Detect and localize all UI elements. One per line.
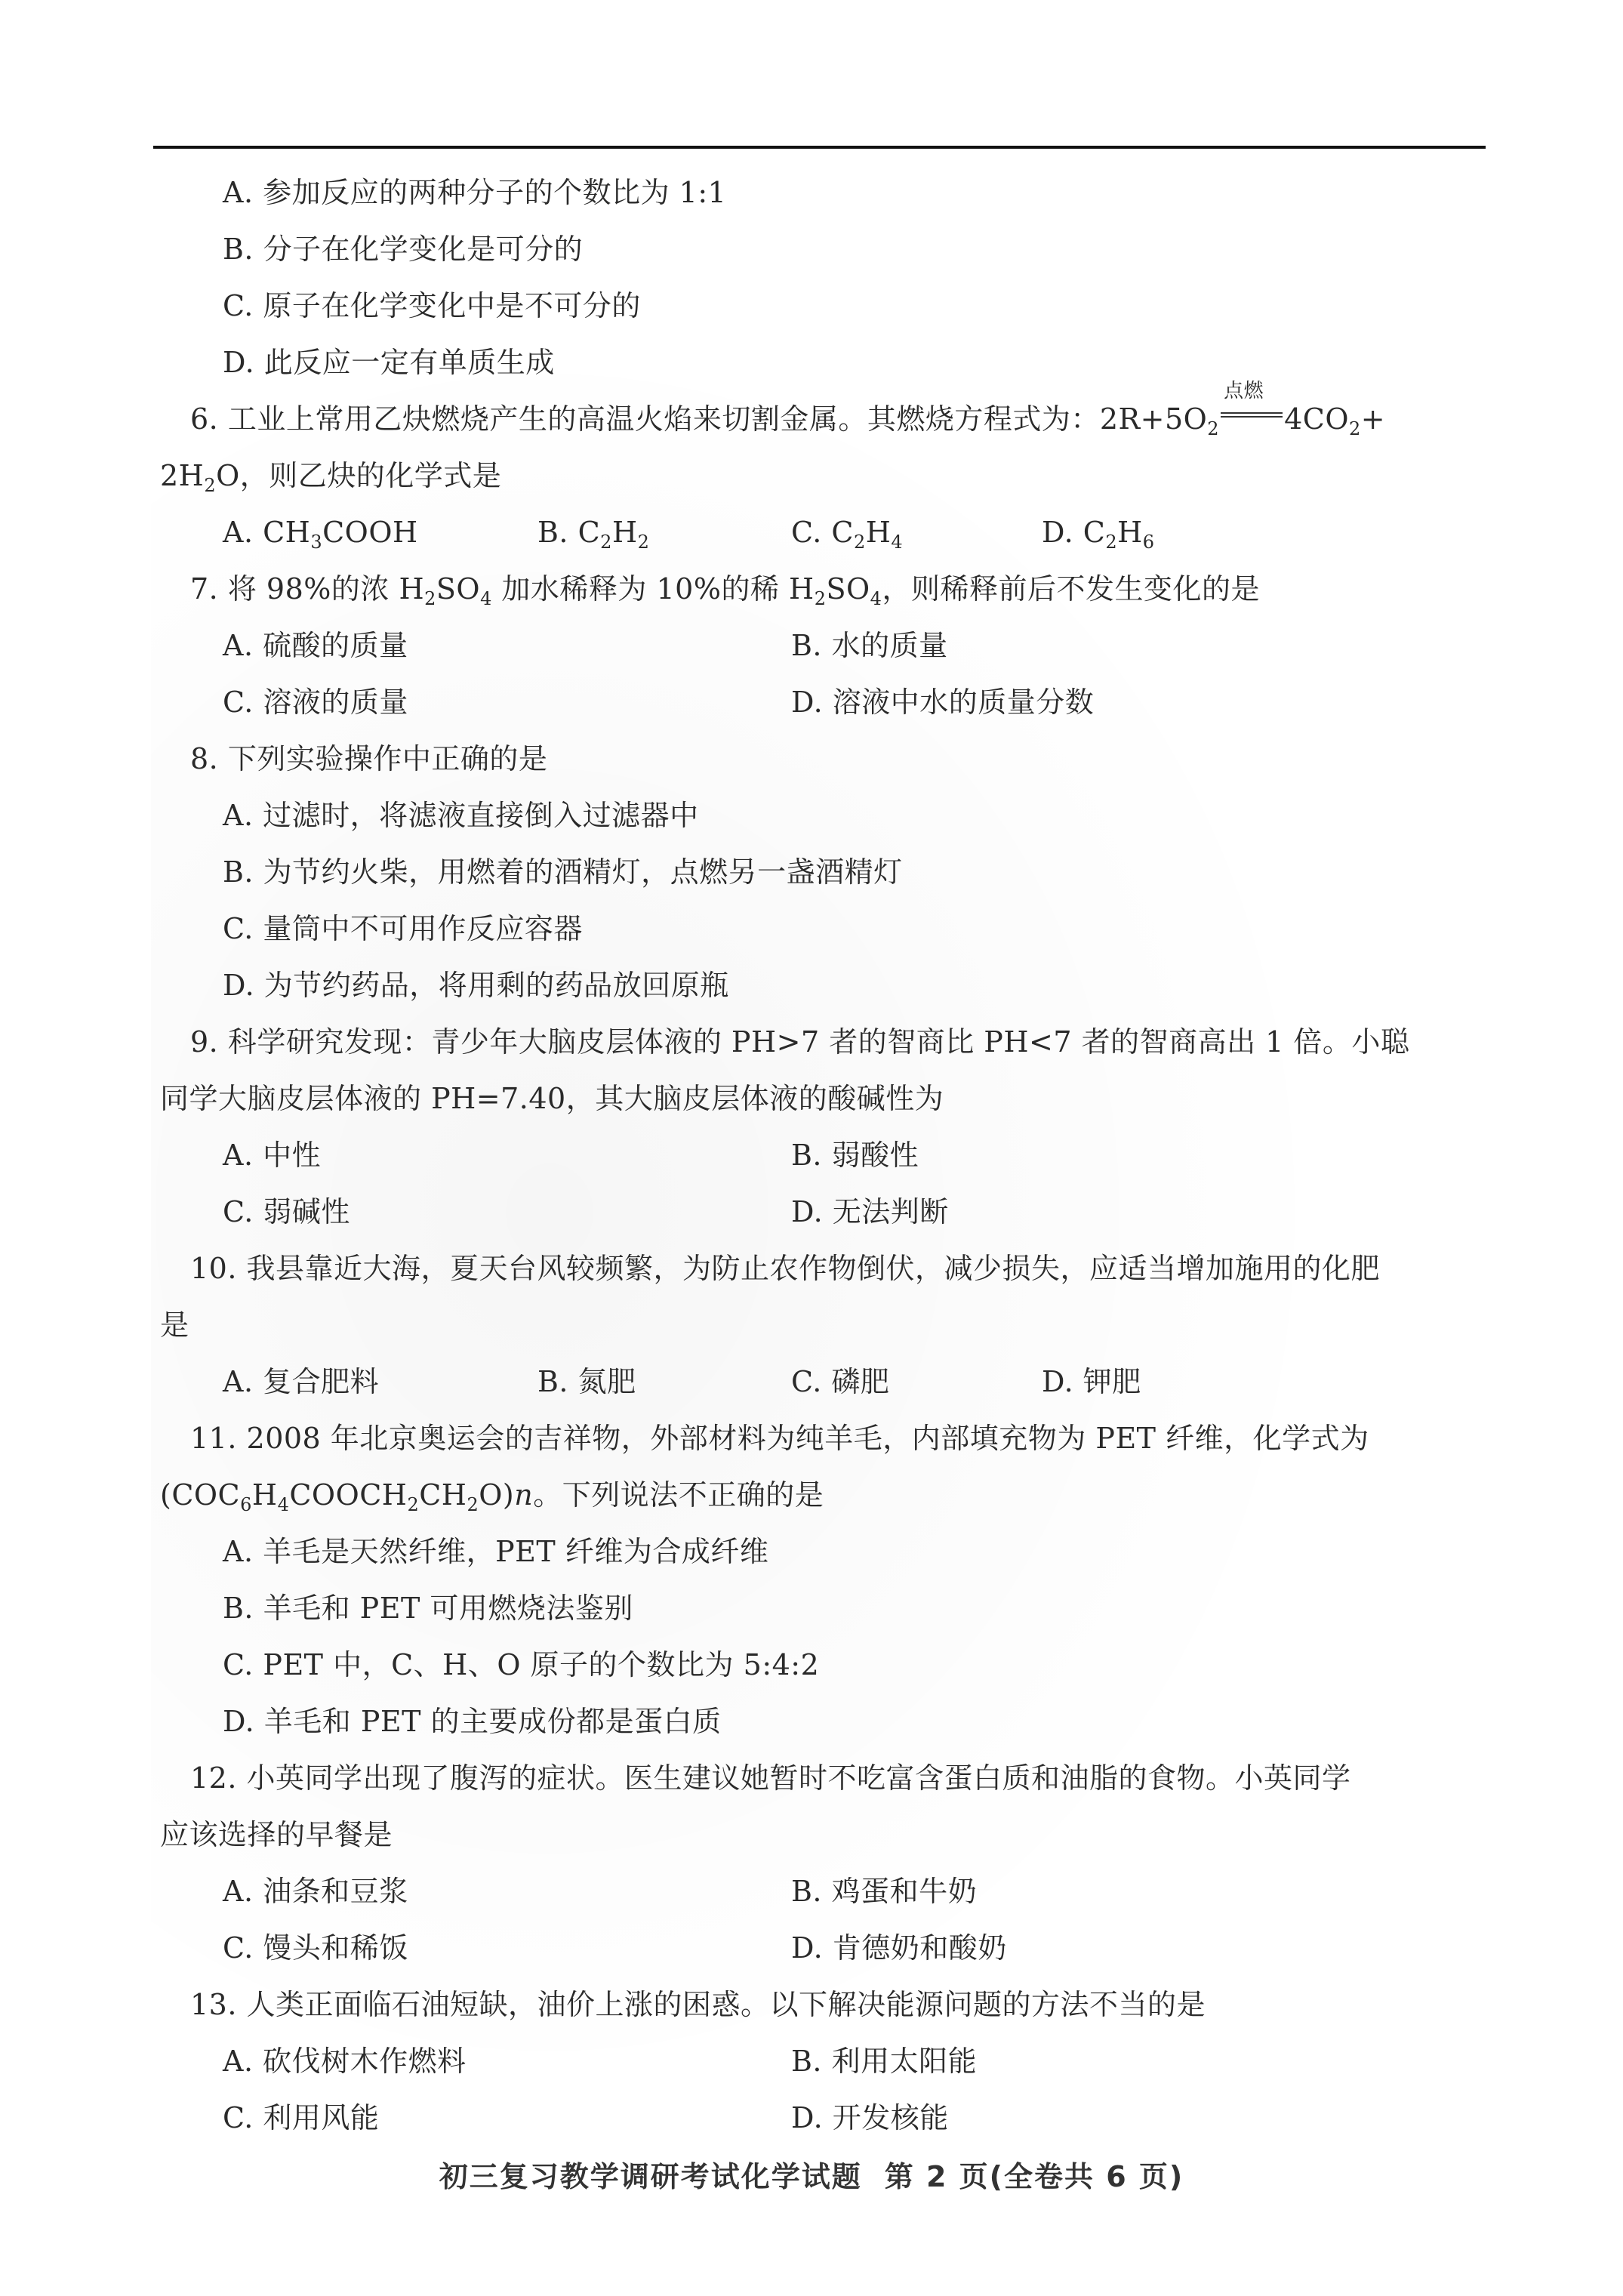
q13-stem: 13. 人类正面临石油短缺，油价上涨的困惑。以下解决能源问题的方法不当的是: [190, 1986, 1206, 2023]
q9-option-d: D. 无法判断: [791, 1193, 949, 1231]
q10-stem-continued: 是: [160, 1306, 189, 1344]
q10-option-a: A. 复合肥料: [223, 1363, 379, 1401]
q10-option-c: C. 磷肥: [791, 1363, 889, 1401]
q10-option-d: D. 钾肥: [1042, 1363, 1141, 1401]
q6-option-d: D. C2H6: [1042, 513, 1155, 551]
q8-option-d: D. 为节约药品，将用剩的药品放回原瓶: [223, 966, 729, 1004]
q5-option-b: B. 分子在化学变化是可分的: [223, 230, 583, 268]
q7-option-a: A. 硫酸的质量: [223, 627, 408, 664]
q10-option-b: B. 氮肥: [537, 1363, 636, 1401]
q5-option-d: D. 此反应一定有单质生成: [223, 344, 555, 381]
header-rule: [153, 146, 1486, 149]
q12-option-a: A. 油条和豆浆: [223, 1872, 408, 1910]
q11-option-b: B. 羊毛和 PET 可用燃烧法鉴别: [223, 1589, 633, 1627]
page-footer: 初三复习教学调研考试化学试题第 2 页(全卷共 6 页): [0, 2158, 1623, 2196]
q8-option-c: C. 量筒中不可用作反应容器: [223, 910, 583, 948]
q8-stem: 8. 下列实验操作中正确的是: [190, 740, 547, 778]
q6-stem-continued: 2H2O，则乙炔的化学式是: [160, 457, 501, 495]
q7-option-b: B. 水的质量: [791, 627, 948, 664]
reaction-condition-arrow: 点燃: [1221, 400, 1283, 430]
q9-stem: 9. 科学研究发现：青少年大脑皮层体液的 PH>7 者的智商比 PH<7 者的智…: [190, 1023, 1409, 1061]
q13-option-a: A. 砍伐树木作燃料: [223, 2042, 467, 2080]
q5-option-a: A. 参加反应的两种分子的个数比为 1:1: [223, 174, 726, 211]
q12-option-b: B. 鸡蛋和牛奶: [791, 1872, 977, 1910]
q12-option-c: C. 馒头和稀饭: [223, 1929, 408, 1967]
q11-option-c: C. PET 中，C、H、O 原子的个数比为 5:4:2: [223, 1646, 819, 1684]
q13-option-c: C. 利用风能: [223, 2099, 379, 2137]
q6-stem: 6. 工业上常用乙炔燃烧产生的高温火焰来切割金属。其燃烧方程式为：2R+5O2点…: [190, 400, 1385, 438]
q12-option-d: D. 肯德奶和酸奶: [791, 1929, 1007, 1967]
q13-option-b: B. 利用太阳能: [791, 2042, 977, 2080]
q13-option-d: D. 开发核能: [791, 2099, 949, 2137]
q7-stem: 7. 将 98%的浓 H2SO4 加水稀释为 10%的稀 H2SO4，则稀释前后…: [190, 570, 1260, 608]
q10-stem: 10. 我县靠近大海，夏天台风较频繁，为防止农作物倒伏，减少损失，应适当增加施用…: [190, 1250, 1380, 1287]
q12-stem: 12. 小英同学出现了腹泻的症状。医生建议她暂时不吃富含蛋白质和油脂的食物。小英…: [190, 1759, 1351, 1797]
exam-title: 初三复习教学调研考试化学试题: [439, 2160, 862, 2193]
q6-option-b: B. C2H2: [537, 513, 649, 551]
q6-option-c: C. C2H4: [791, 513, 903, 551]
q5-option-c: C. 原子在化学变化中是不可分的: [223, 287, 641, 325]
q8-option-a: A. 过滤时，将滤液直接倒入过滤器中: [223, 797, 699, 834]
q12-stem-continued: 应该选择的早餐是: [160, 1816, 393, 1854]
q6-option-a: A. CH3COOH: [223, 513, 418, 551]
q8-option-b: B. 为节约火柴，用燃着的酒精灯，点燃另一盏酒精灯: [223, 853, 903, 891]
q7-option-c: C. 溶液的质量: [223, 683, 408, 721]
q9-option-a: A. 中性: [223, 1136, 321, 1174]
q11-option-a: A. 羊毛是天然纤维，PET 纤维为合成纤维: [223, 1533, 768, 1570]
q9-option-c: C. 弱碱性: [223, 1193, 350, 1231]
page-number: 第 2 页(全卷共 6 页): [885, 2160, 1184, 2193]
q11-formula-line: (COC6H4COOCH2CH2O)n。下列说法不正确的是: [160, 1476, 824, 1514]
q7-option-d: D. 溶液中水的质量分数: [791, 683, 1094, 721]
q9-stem-continued: 同学大脑皮层体液的 PH=7.40，其大脑皮层体液的酸碱性为: [160, 1080, 944, 1117]
q11-stem: 11. 2008 年北京奥运会的吉祥物，外部材料为纯羊毛，内部填充物为 PET …: [190, 1419, 1369, 1457]
q11-option-d: D. 羊毛和 PET 的主要成份都是蛋白质: [223, 1703, 722, 1740]
q9-option-b: B. 弱酸性: [791, 1136, 919, 1174]
